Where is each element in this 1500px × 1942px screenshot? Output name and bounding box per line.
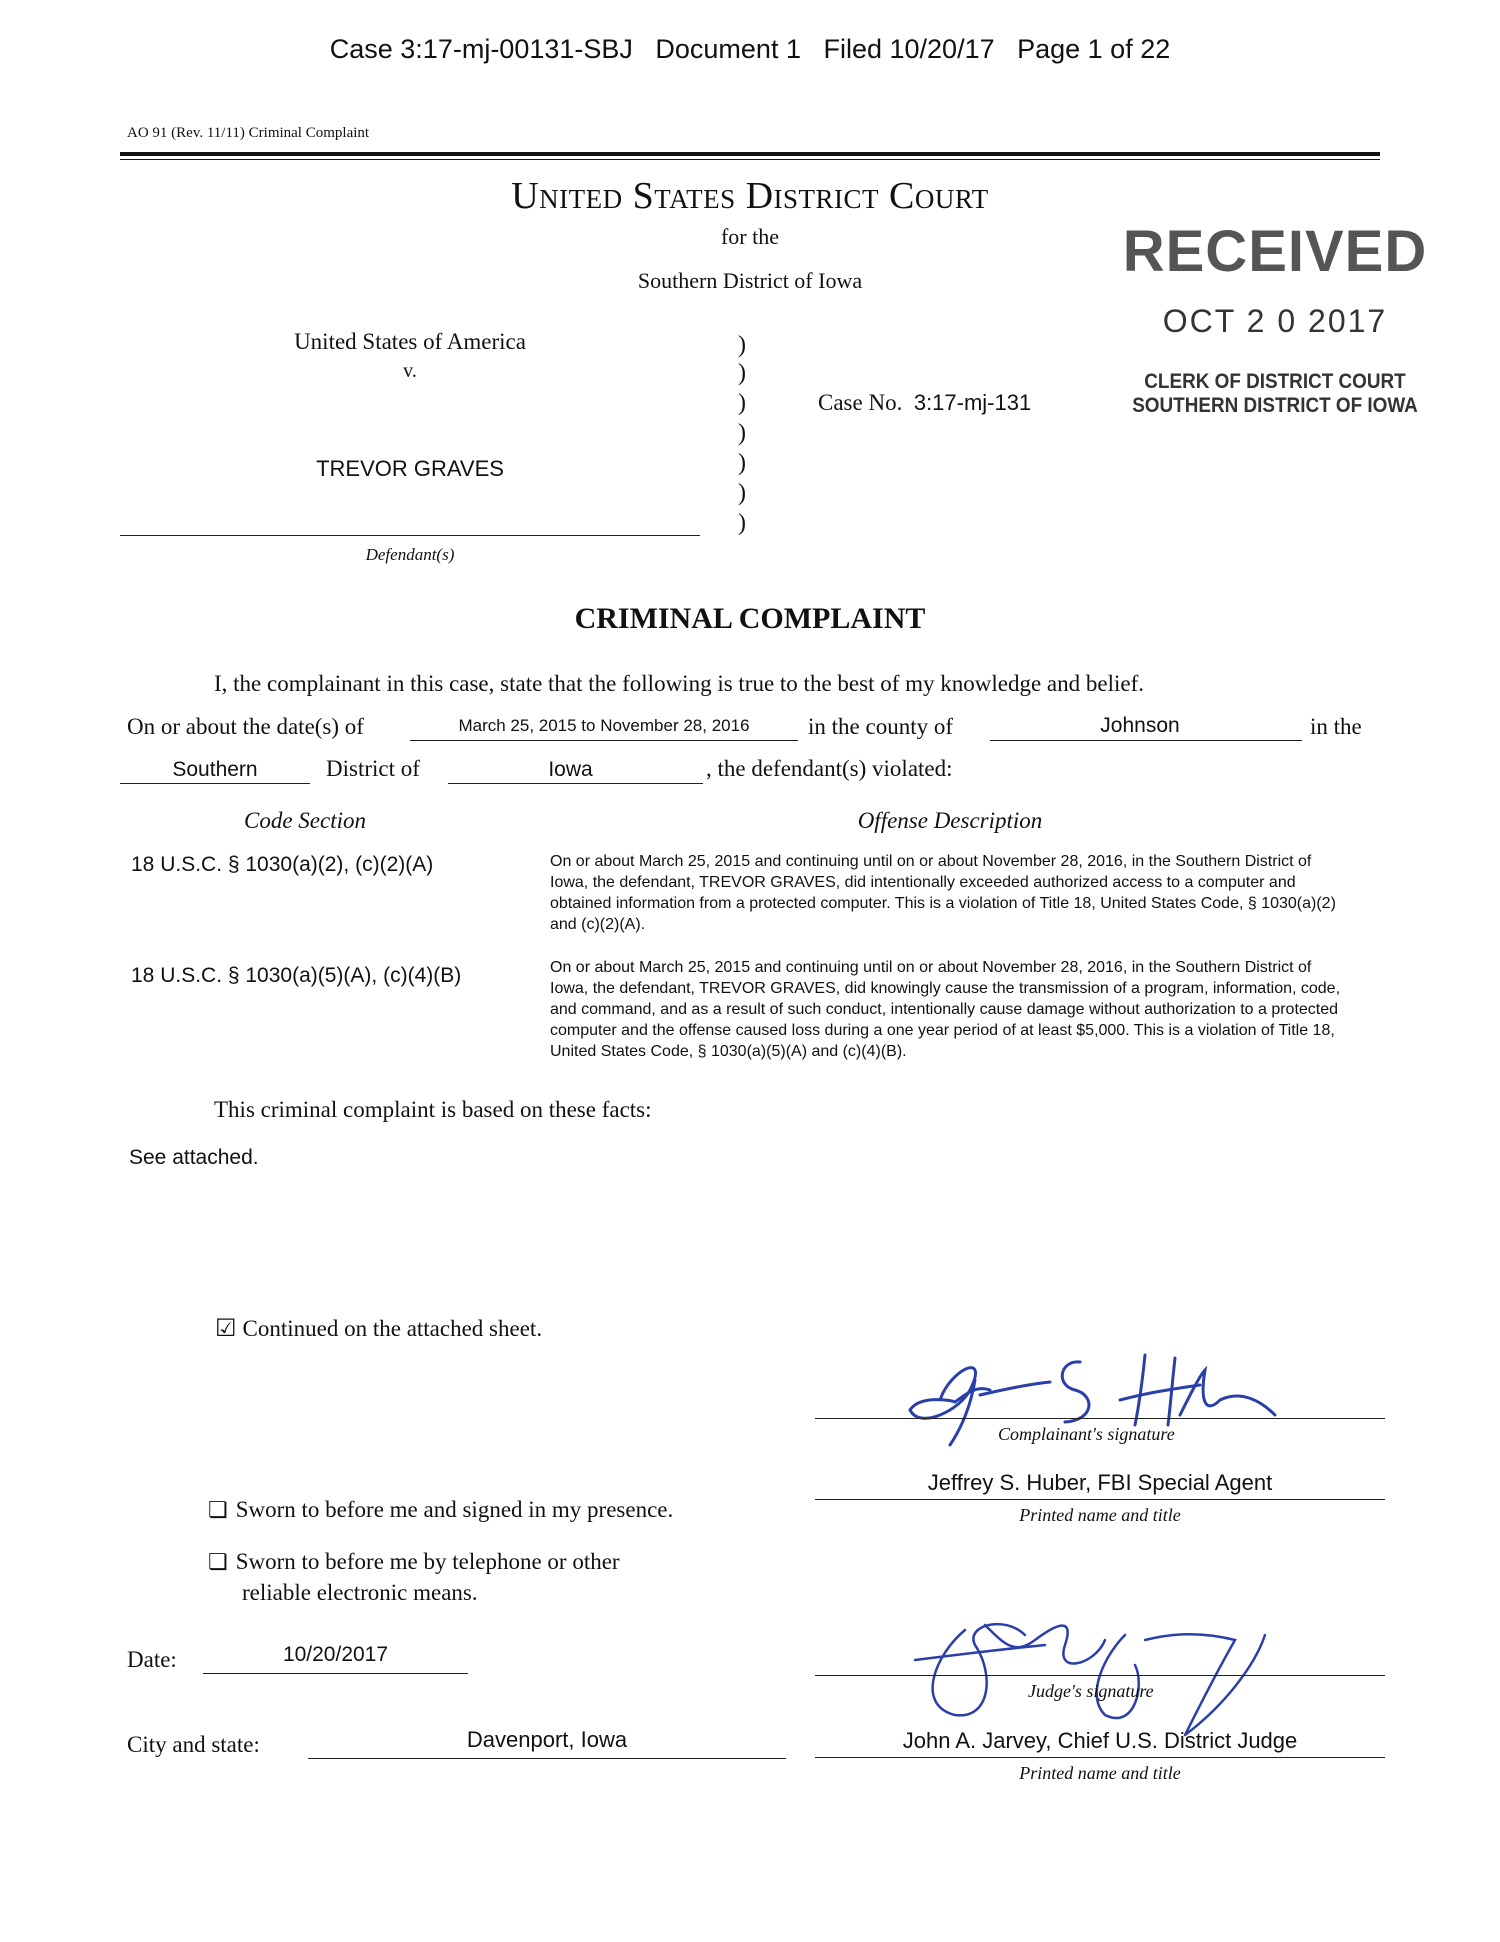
- judge-name-line: [815, 1757, 1385, 1758]
- case-number: Case No. 3:17-mj-131: [818, 390, 1031, 416]
- offense-description-header: Offense Description: [800, 808, 1100, 834]
- continued-label: Continued on the attached sheet.: [243, 1316, 543, 1341]
- city-state-label: City and state:: [127, 1732, 260, 1758]
- sworn-telephone-checkbox-row[interactable]: ❏Sworn to before me by telephone or othe…: [208, 1549, 620, 1575]
- complainant-signature-label: Complainant's signature: [998, 1424, 1175, 1445]
- judge-signature-line: [815, 1675, 1385, 1676]
- unchecked-box-icon[interactable]: ❏: [208, 1549, 228, 1575]
- county-line: [990, 740, 1302, 741]
- case-no-label: Case No.: [818, 390, 902, 415]
- complaint-title: CRIMINAL COMPLAINT: [450, 602, 1050, 636]
- violated-label: , the defendant(s) violated:: [706, 756, 953, 782]
- district-line: [120, 783, 310, 784]
- district-of-label: District of: [326, 756, 420, 782]
- stamp-date: OCT 2 0 2017: [1110, 303, 1440, 340]
- offense-2-code: 18 U.S.C. § 1030(a)(5)(A), (c)(4)(B): [131, 964, 461, 988]
- offense-1-description: On or about March 25, 2015 and continuin…: [550, 851, 1350, 935]
- complaint-intro: I, the complainant in this case, state t…: [214, 671, 1144, 697]
- court-for-the: for the: [600, 224, 900, 250]
- stamp-line1: CLERK OF DISTRICT COURT: [1127, 370, 1424, 394]
- offense-2-description: On or about March 25, 2015 and continuin…: [550, 957, 1350, 1062]
- case-no-value: 3:17-mj-131: [914, 390, 1031, 415]
- sworn-presence-label: Sworn to before me and signed in my pres…: [236, 1497, 674, 1522]
- judge-signature-label: Judge's signature: [1028, 1681, 1154, 1702]
- defendant-name: TREVOR GRAVES: [230, 456, 590, 482]
- county-value: Johnson: [990, 714, 1290, 738]
- sworn-telephone-label-2: reliable electronic means.: [242, 1580, 478, 1606]
- received-stamp: RECEIVED: [1110, 218, 1440, 285]
- date-footer-label: Date:: [127, 1647, 177, 1673]
- facts-label: This criminal complaint is based on thes…: [214, 1097, 652, 1123]
- continued-checkbox-row[interactable]: ☑Continued on the attached sheet.: [215, 1314, 542, 1343]
- ecf-header: Case 3:17-mj-00131-SBJ Document 1 Filed …: [0, 34, 1500, 65]
- court-title: United States District Court: [400, 174, 1100, 218]
- defendant-line: [120, 535, 700, 536]
- complainant-name: Jeffrey S. Huber, FBI Special Agent: [815, 1470, 1385, 1496]
- complainant-printed-label: Printed name and title: [815, 1505, 1385, 1526]
- header-rule-thick: [120, 152, 1380, 156]
- checked-box-icon[interactable]: ☑: [215, 1314, 237, 1343]
- date-footer-value: 10/20/2017: [203, 1643, 468, 1667]
- plaintiff-name: United States of America: [230, 329, 590, 355]
- state-value: Iowa: [448, 758, 693, 782]
- date-label: On or about the date(s) of: [127, 714, 364, 740]
- code-section-header: Code Section: [200, 808, 410, 834]
- city-state-line: [308, 1758, 786, 1759]
- defendant-label: Defendant(s): [230, 545, 590, 565]
- facts-value: See attached.: [129, 1146, 259, 1170]
- sworn-telephone-label-1: Sworn to before me by telephone or other: [236, 1549, 620, 1574]
- judge-signature-icon: [895, 1595, 1315, 1745]
- unchecked-box-icon[interactable]: ❏: [208, 1497, 228, 1523]
- state-line: [448, 783, 703, 784]
- form-id: AO 91 (Rev. 11/11) Criminal Complaint: [127, 125, 369, 142]
- complainant-signature-line: [815, 1418, 1385, 1419]
- city-state-value: Davenport, Iowa: [308, 1727, 786, 1753]
- date-value: March 25, 2015 to November 28, 2016: [410, 716, 798, 736]
- stamp-line2: SOUTHERN DISTRICT OF IOWA: [1127, 394, 1424, 418]
- in-the: in the: [1310, 714, 1362, 740]
- header-rule-thin: [120, 159, 1380, 160]
- judge-printed-label: Printed name and title: [815, 1763, 1385, 1784]
- judge-name: John A. Jarvey, Chief U.S. District Judg…: [815, 1728, 1385, 1754]
- complainant-name-line: [815, 1499, 1385, 1500]
- sworn-presence-checkbox-row[interactable]: ❏Sworn to before me and signed in my pre…: [208, 1497, 673, 1523]
- date-line: [410, 740, 798, 741]
- versus: v.: [230, 360, 590, 383]
- county-label: in the county of: [808, 714, 953, 740]
- district-value: Southern: [120, 758, 310, 782]
- offense-1-code: 18 U.S.C. § 1030(a)(2), (c)(2)(A): [131, 853, 433, 877]
- court-district: Southern District of Iowa: [560, 268, 940, 294]
- date-footer-line: [203, 1673, 468, 1674]
